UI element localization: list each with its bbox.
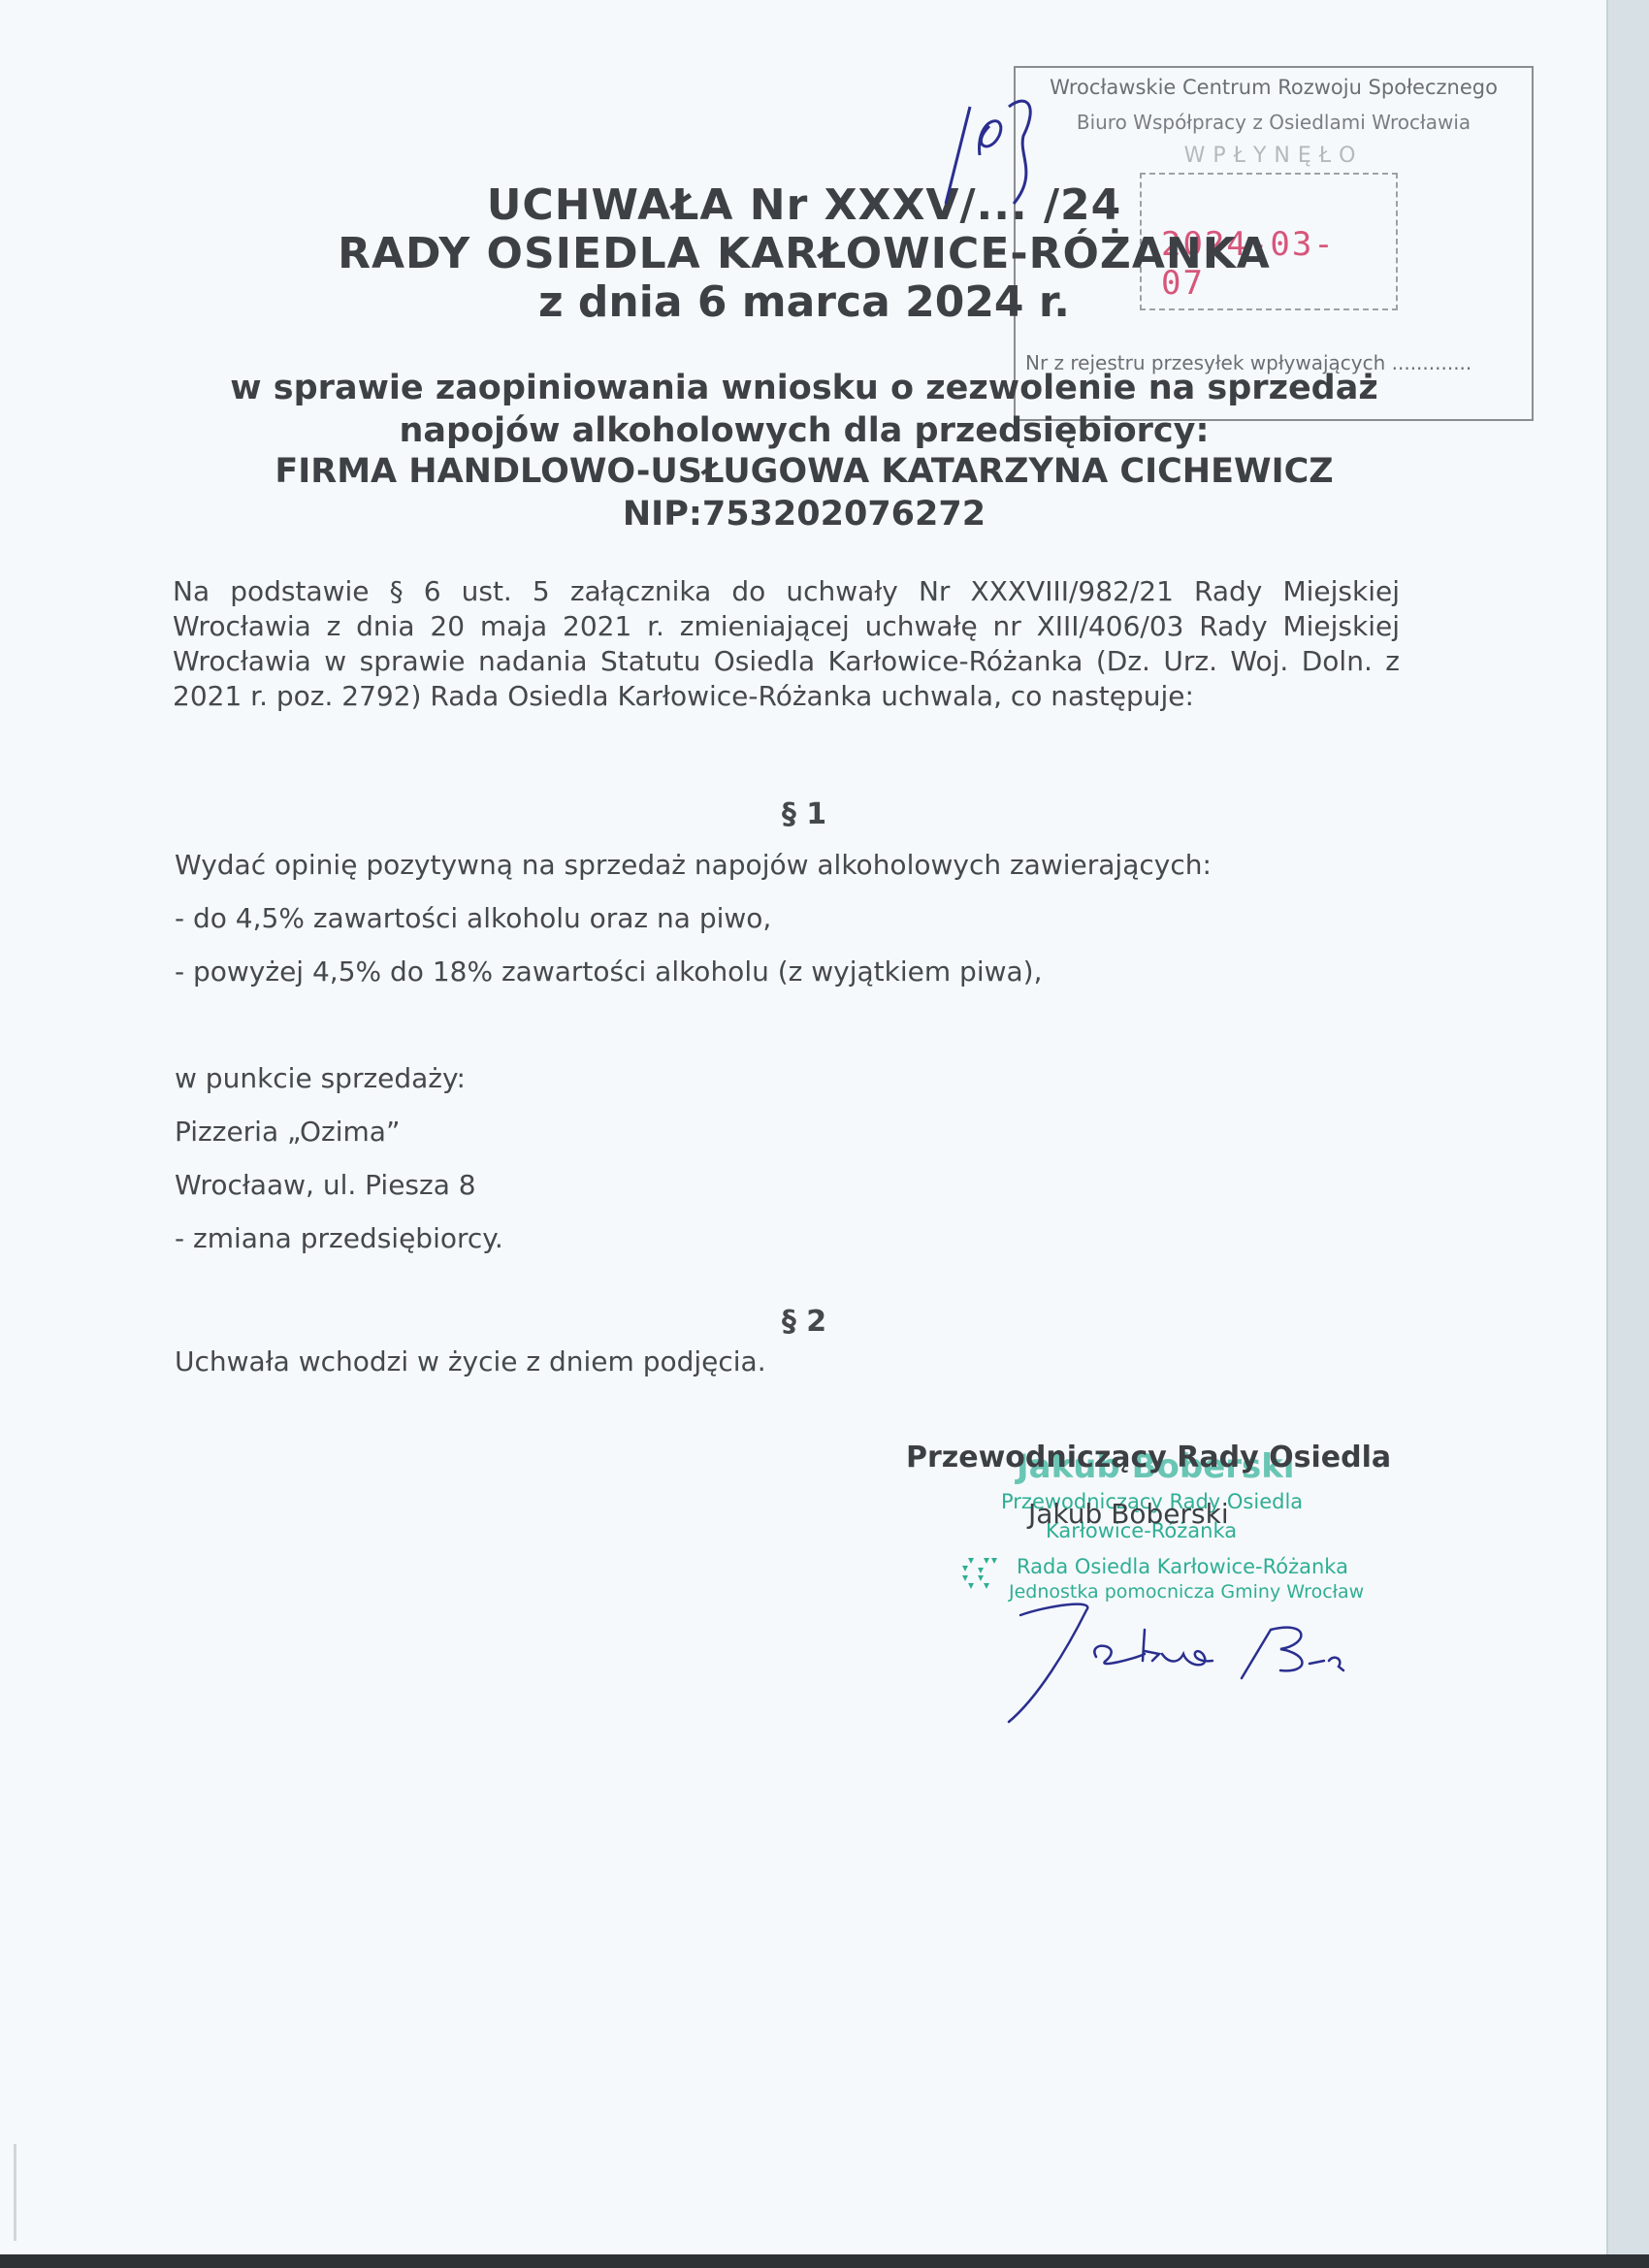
signatory-name: Jakub Boberski bbox=[1028, 1498, 1229, 1530]
council-name: RADY OSIEDLA KARŁOWICE-RÓŻANKA bbox=[0, 229, 1608, 278]
subject-line-1: w sprawie zaopiniowania wniosku o zezwol… bbox=[0, 369, 1608, 407]
company-name: FIRMA HANDLOWO-USŁUGOWA KATARZYNA CICHEW… bbox=[0, 452, 1608, 491]
section-1-item: - do 4,5% zawartości alkoholu oraz na pi… bbox=[175, 902, 771, 934]
section-2-heading: § 2 bbox=[0, 1305, 1608, 1339]
section-1-heading: § 1 bbox=[0, 797, 1608, 831]
stamp-org-line2: Biuro Współpracy z Osiedlami Wrocławia bbox=[1016, 111, 1532, 134]
section-2-text: Uchwała wchodzi w życie z dniem podjęcia… bbox=[175, 1345, 766, 1377]
section-1-intro: Wydać opinię pozytywną na sprzedaż napoj… bbox=[175, 849, 1212, 881]
resolution-title: UCHWAŁA Nr XXXV/... /24 bbox=[0, 180, 1608, 230]
council-logo-icon bbox=[958, 1554, 1001, 1597]
signatory-title: Przewodniczący Rady Osiedla bbox=[906, 1441, 1391, 1474]
stamp-org-line1: Wrocławskie Centrum Rozwoju Społecznego bbox=[1016, 76, 1532, 99]
stamp-org-subtitle: Jednostka pomocnicza Gminy Wrocław bbox=[1009, 1581, 1364, 1603]
scan-bottom-edge bbox=[0, 2254, 1649, 2268]
sale-point-note: - zmiana przedsiębiorcy. bbox=[175, 1222, 503, 1254]
sale-point-label: w punkcie sprzedaży: bbox=[175, 1062, 466, 1094]
scan-edge-mark bbox=[14, 2144, 16, 2241]
handwritten-number-icon bbox=[931, 97, 1048, 213]
resolution-date: z dnia 6 marca 2024 r. bbox=[0, 277, 1608, 327]
preamble: Na podstawie § 6 ust. 5 załącznika do uc… bbox=[173, 574, 1400, 714]
handwritten-signature-icon bbox=[989, 1601, 1474, 1727]
stamp-status: WPŁYNĘŁO bbox=[1016, 144, 1532, 168]
document-page: Wrocławskie Centrum Rozwoju Społecznego … bbox=[0, 0, 1608, 2252]
company-nip: NIP:753202076272 bbox=[0, 495, 1608, 534]
sale-point-address: Wrocłaaw, ul. Piesza 8 bbox=[175, 1169, 476, 1201]
section-1-item: - powyżej 4,5% do 18% zawartości alkohol… bbox=[175, 956, 1042, 988]
scan-right-edge bbox=[1606, 0, 1649, 2268]
sale-point-name: Pizzeria „Ozima” bbox=[175, 1116, 400, 1148]
stamp-org-name: Rada Osiedla Karłowice-Różanka bbox=[1017, 1555, 1348, 1578]
subject-line-2: napojów alkoholowych dla przedsiębiorcy: bbox=[0, 411, 1608, 450]
